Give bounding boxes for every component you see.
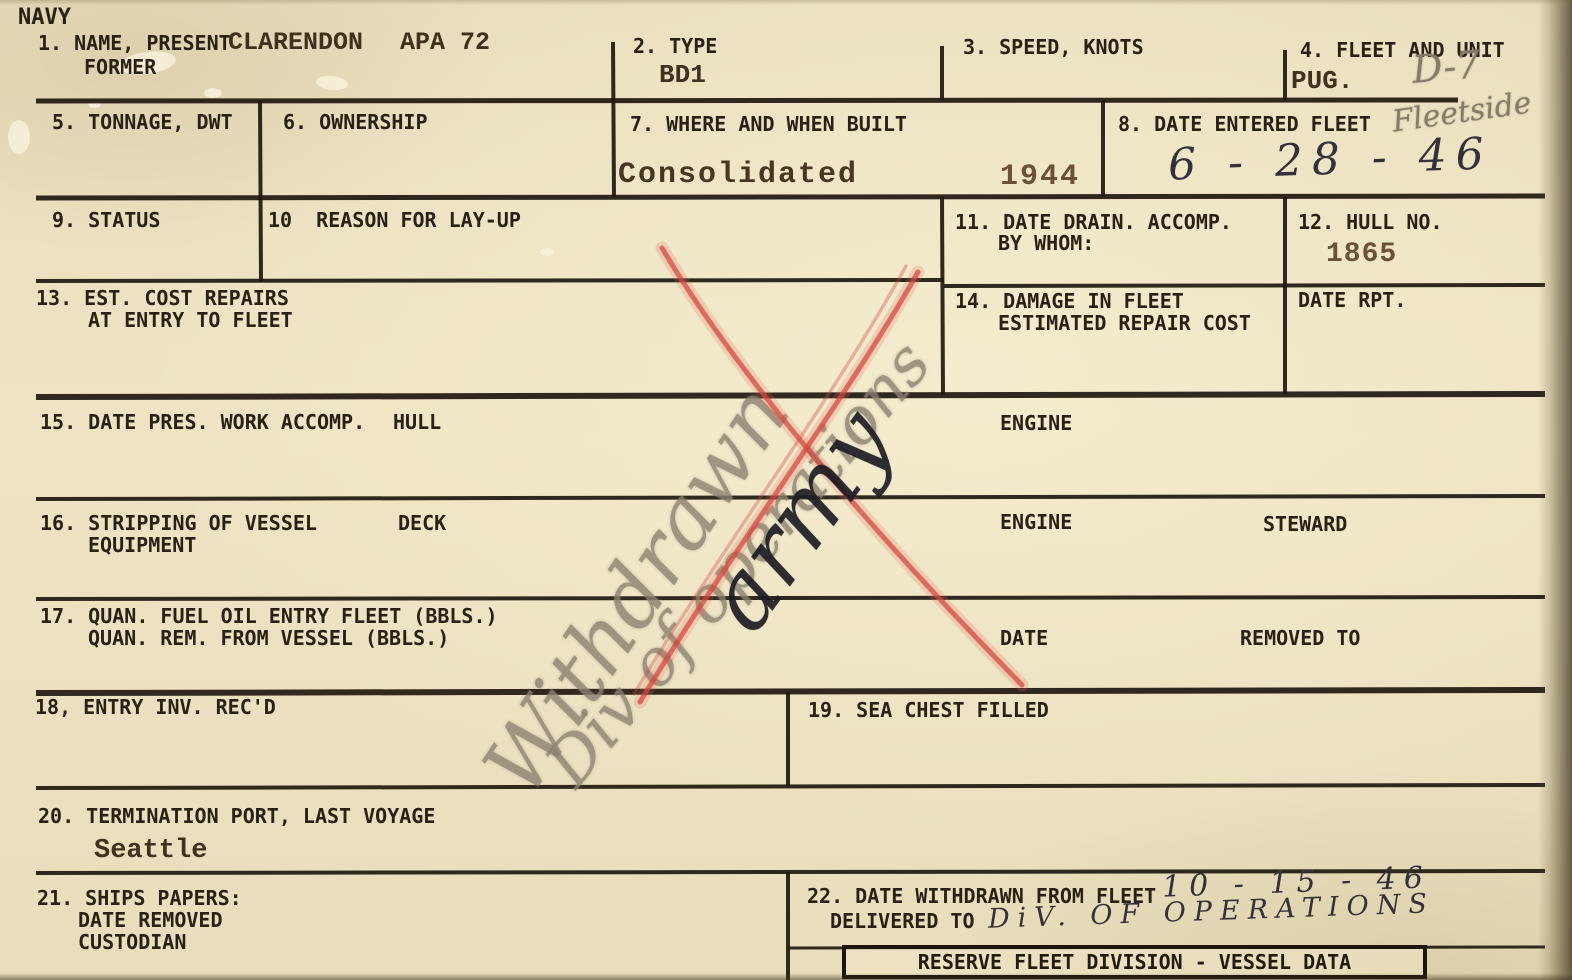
- vessel-data-card: NAVY 1. NAME, PRESENT FORMER CLARENDON A…: [0, 0, 1572, 980]
- scan-edge-shadow-right: [1538, 0, 1572, 980]
- scan-edge-shadow-top: [0, 0, 1572, 5]
- scan-edge-shadow-bottom: [0, 973, 1572, 980]
